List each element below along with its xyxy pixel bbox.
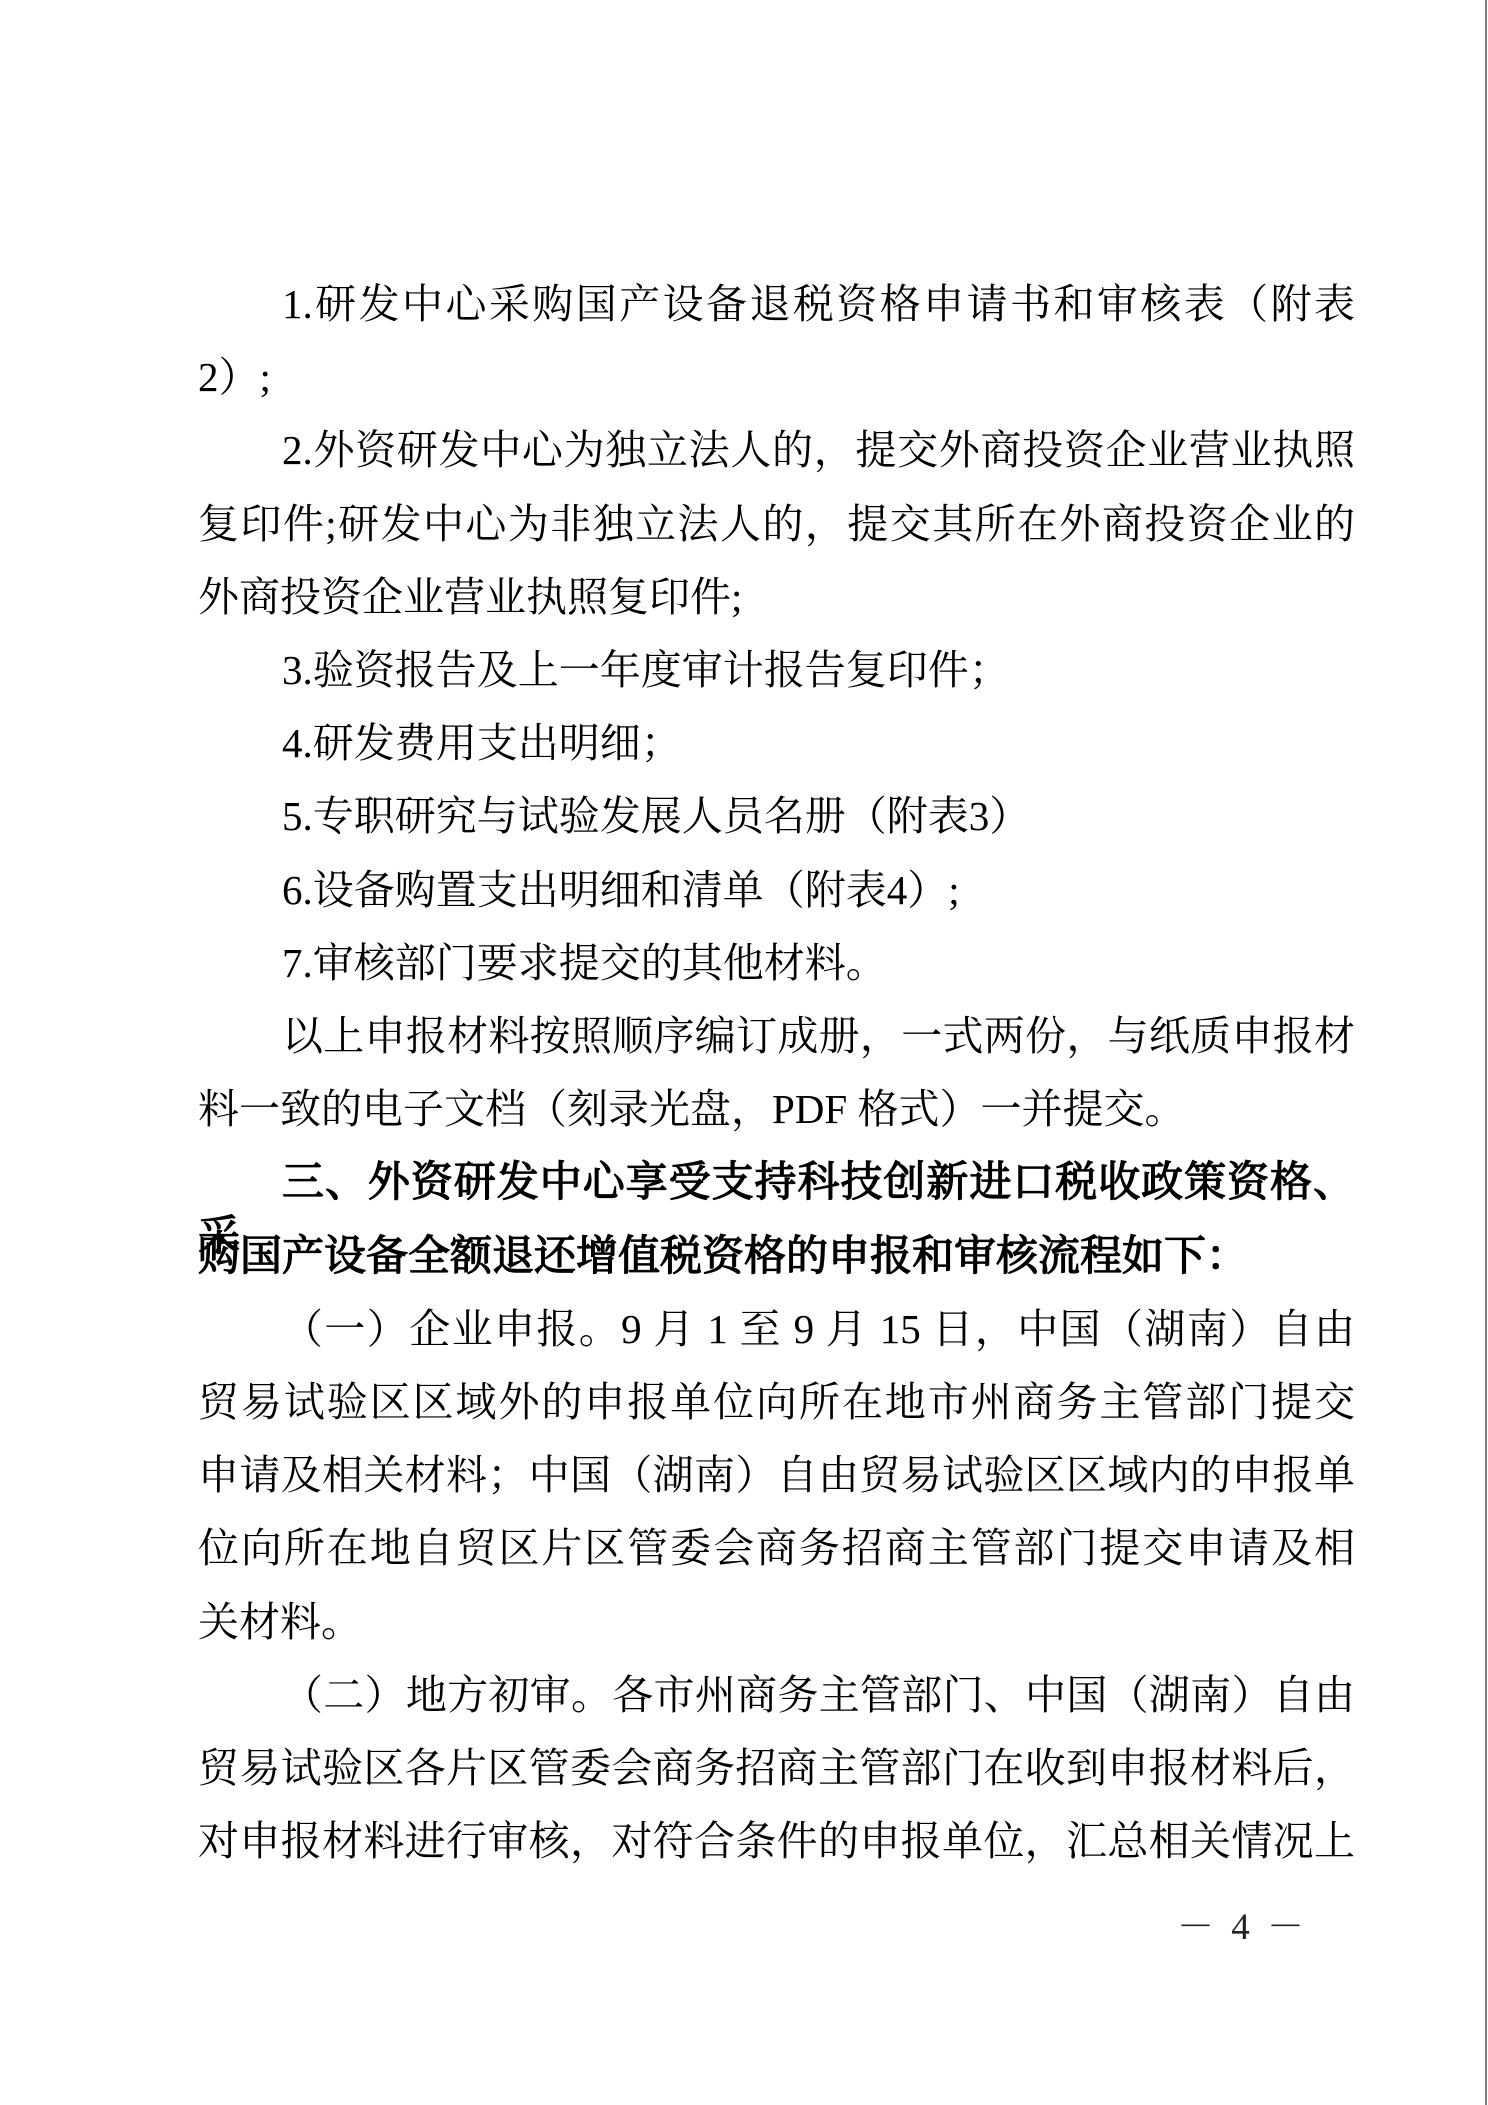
text-line: 关材料。 xyxy=(198,1595,1355,1649)
text-line: 2）; xyxy=(198,350,1355,404)
text-line: 6.设备购置支出明细和清单（附表4）; xyxy=(198,863,1355,917)
text-line: 对申报材料进行审核，对符合条件的申报单位，汇总相关情况上 xyxy=(198,1814,1355,1868)
page-number: － 4 － xyxy=(1177,1906,1308,1950)
heading-line: 购国产设备全额退还增值税资格的申报和审核流程如下： xyxy=(198,1229,1355,1283)
text-line: 申请及相关材料；中国（湖南）自由贸易试验区区域内的申报单 xyxy=(198,1448,1355,1502)
text-line: 位向所在地自贸区片区管委会商务招商主管部门提交申请及相 xyxy=(198,1521,1355,1575)
text-line: 贸易试验区各片区管委会商务招商主管部门在收到申报材料后， xyxy=(198,1741,1355,1795)
heading-line: 三、外资研发中心享受支持科技创新进口税收政策资格、采 xyxy=(198,1155,1355,1209)
text-line: 复印件;研发中心为非独立法人的，提交其所在外商投资企业的 xyxy=(198,497,1355,551)
text-line: 料一致的电子文档（刻录光盘，PDF 格式）一并提交。 xyxy=(198,1082,1355,1136)
text-line: 贸易试验区区域外的申报单位向所在地市州商务主管部门提交 xyxy=(198,1375,1355,1429)
text-line: 5.专职研究与试验发展人员名册（附表3） xyxy=(198,789,1355,843)
text-line: （一）企业申报。9 月 1 至 9 月 15 日，中国（湖南）自由 xyxy=(198,1302,1355,1356)
document-body: 1.研发中心采购国产设备退税资格申请书和审核表（附表2）;2.外资研发中心为独立… xyxy=(0,0,1488,2105)
document-page: 1.研发中心采购国产设备退税资格申请书和审核表（附表2）;2.外资研发中心为独立… xyxy=(0,0,1488,2105)
text-line: 7.审核部门要求提交的其他材料。 xyxy=(198,936,1355,990)
text-line: （二）地方初审。各市州商务主管部门、中国（湖南）自由 xyxy=(198,1668,1355,1722)
text-line: 4.研发费用支出明细； xyxy=(198,716,1355,770)
text-line: 1.研发中心采购国产设备退税资格申请书和审核表（附表 xyxy=(198,277,1355,331)
scan-edge-line xyxy=(1485,0,1487,2105)
text-line: 以上申报材料按照顺序编订成册，一式两份，与纸质申报材 xyxy=(198,1009,1355,1063)
text-line: 2.外资研发中心为独立法人的，提交外商投资企业营业执照 xyxy=(198,423,1355,477)
text-line: 3.验资报告及上一年度审计报告复印件； xyxy=(198,643,1355,697)
text-line: 外商投资企业营业执照复印件; xyxy=(198,570,1355,624)
